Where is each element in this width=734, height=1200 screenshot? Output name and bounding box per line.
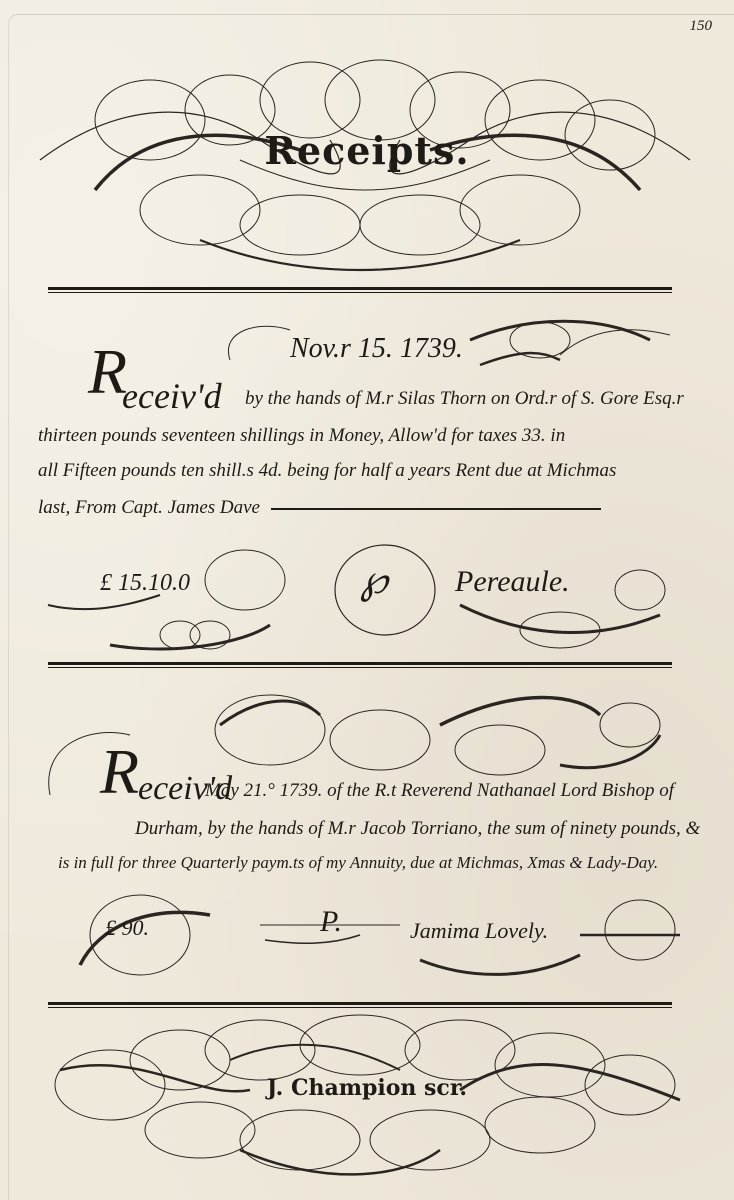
receipt-2-amount: £ 90.	[105, 915, 149, 941]
receipt-1-line-1: by the hands of M.r Silas Thorn on Ord.r…	[245, 388, 684, 410]
receipt-2-signature: Jamima Lovely.	[410, 918, 548, 944]
section-divider-2	[48, 662, 672, 668]
receipt-1-line-4-text: last, From Capt. James Dave	[38, 497, 260, 518]
receipt-1-signature: Pereaule.	[455, 565, 570, 599]
section-divider-3	[48, 1002, 672, 1008]
page-title: Receipts.	[0, 128, 734, 173]
page-number: 150	[690, 18, 713, 35]
receipt-1-line-3: all Fifteen pounds ten shill.s 4d. being…	[38, 460, 616, 482]
receipt-1-date: Nov.r 15. 1739.	[290, 333, 463, 365]
receipt-1-per-mark: ℘	[360, 556, 388, 603]
engraver-credit: J. Champion scr.	[0, 1075, 734, 1101]
plate-mark	[8, 14, 734, 1200]
receipt-2-signature-prefix: P.	[320, 905, 342, 939]
receipt-1-amount: £ 15.10.0	[100, 570, 190, 597]
receipt-1-line-2: thirteen pounds seventeen shillings in M…	[38, 425, 565, 447]
receipt-1-line-4: last, From Capt. James Dave	[38, 497, 601, 519]
section-divider-1	[48, 287, 672, 293]
receipt-2-initial: R	[100, 740, 139, 804]
receipt-1-line-4-trail	[271, 508, 601, 510]
receipt-2-line-1: May 21.° 1739. of the R.t Reverend Natha…	[205, 780, 674, 802]
receipt-1-opening: eceiv'd	[122, 375, 222, 417]
receipt-2-line-2: Durham, by the hands of M.r Jacob Torria…	[135, 818, 700, 840]
receipt-2-line-3: is in full for three Quarterly paym.ts o…	[58, 853, 658, 873]
